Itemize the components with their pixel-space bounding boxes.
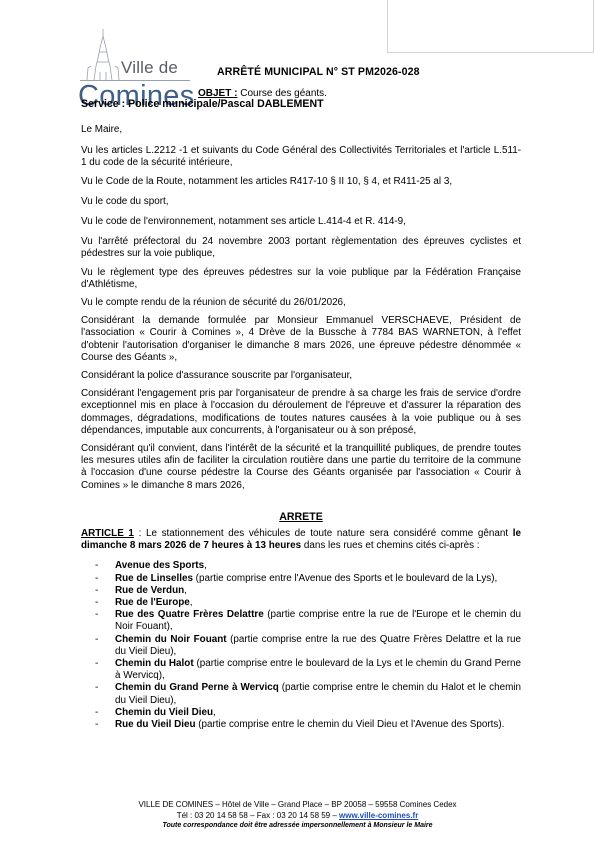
street-name: Chemin du Halot — [115, 658, 194, 669]
street-name: Chemin du Noir Fouant — [115, 634, 227, 645]
street-name: Rue de Verdun — [115, 585, 184, 596]
preamble-paragraph: Vu le code de l'environnement, notamment… — [81, 216, 521, 228]
street-item: -Avenue des Sports, — [81, 560, 521, 572]
street-detail: , — [213, 707, 216, 718]
street-name: Rue de l'Europe — [115, 597, 190, 608]
preamble-paragraph: Vu le compte rendu de la réunion de sécu… — [81, 297, 521, 309]
website-link[interactable]: www.ville-comines.fr — [339, 811, 418, 820]
street-name: Rue du Vieil Dieu — [115, 719, 195, 730]
street-detail: (partie comprise entre le chemin du Viei… — [195, 719, 504, 730]
footer-note: Toute correspondance doit être adressée … — [60, 821, 535, 832]
street-item: -Chemin du Halot (partie comprise entre … — [81, 658, 521, 682]
street-detail: , — [204, 560, 207, 571]
city-logo: Ville de Comines — [78, 28, 193, 108]
dash-bullet-icon: - — [95, 585, 98, 597]
street-name: Rue des Quatre Frères Delattre — [115, 609, 264, 620]
decree-heading: ARRETE — [81, 511, 521, 523]
decree-title: ARRÊTÉ MUNICIPAL N° ST PM2026-028 — [217, 66, 420, 78]
street-name: Rue de Linselles — [115, 573, 193, 584]
preamble-paragraph: Vu le règlement type des épreuves pédest… — [81, 267, 521, 291]
street-detail: , — [190, 597, 193, 608]
footer-phone-fax: Tél : 03 20 14 58 58 – Fax : 03 20 14 58… — [177, 811, 339, 820]
article-1-label: ARTICLE 1 — [81, 528, 134, 539]
preamble: Le Maire, Vu les articles L.2212 -1 et s… — [81, 124, 521, 492]
preamble-paragraph: Vu le code du sport, — [81, 196, 521, 208]
street-item: -Chemin du Noir Fouant (partie comprise … — [81, 634, 521, 658]
dash-bullet-icon: - — [95, 560, 98, 572]
dash-bullet-icon: - — [95, 573, 98, 585]
logo-ville-de: Ville de — [121, 58, 178, 78]
article-1-text: ARTICLE 1 : Le stationnement des véhicul… — [81, 528, 521, 552]
preamble-intro: Le Maire, — [81, 124, 521, 136]
preamble-paragraph: Considérant l'engagement pris par l'orga… — [81, 388, 521, 437]
street-list: -Avenue des Sports,-Rue de Linselles (pa… — [81, 560, 521, 731]
dash-bullet-icon: - — [95, 658, 98, 670]
street-item: -Chemin du Vieil Dieu, — [81, 707, 521, 719]
dash-bullet-icon: - — [95, 609, 98, 621]
preamble-paragraph: Considérant la police d'assurance souscr… — [81, 370, 521, 382]
preamble-paragraph: Vu le Code de la Route, notamment les ar… — [81, 176, 521, 188]
footer: VILLE DE COMINES – Hôtel de Ville – Gran… — [60, 800, 535, 832]
street-item: -Rue du Vieil Dieu (partie comprise entr… — [81, 719, 521, 731]
footer-address: VILLE DE COMINES – Hôtel de Ville – Gran… — [60, 800, 535, 811]
preamble-paragraph: Considérant la demande formulée par Mons… — [81, 315, 521, 364]
church-spire-icon — [83, 28, 123, 82]
dash-bullet-icon: - — [95, 719, 98, 731]
street-name: Avenue des Sports — [115, 560, 204, 571]
street-name: Chemin du Vieil Dieu — [115, 707, 213, 718]
service-line: Service : Police municipale/Pascal DABLE… — [81, 98, 324, 110]
street-item: -Rue des Quatre Frères Delattre (partie … — [81, 609, 521, 633]
street-item: -Rue de l'Europe, — [81, 597, 521, 609]
street-name: Chemin du Grand Perne à Wervicq — [115, 682, 279, 693]
street-detail: (partie comprise entre l'Avenue des Spor… — [193, 573, 497, 584]
dash-bullet-icon: - — [95, 707, 98, 719]
dash-bullet-icon: - — [95, 634, 98, 646]
street-detail: , — [184, 585, 187, 596]
stamp-box — [387, 0, 594, 53]
preamble-paragraph: Vu l'arrêté préfectoral du 24 novembre 2… — [81, 236, 521, 260]
street-item: -Rue de Linselles (partie comprise entre… — [81, 573, 521, 585]
street-item: -Rue de Verdun, — [81, 585, 521, 597]
dash-bullet-icon: - — [95, 597, 98, 609]
preamble-paragraph: Vu les articles L.2212 -1 et suivants du… — [81, 145, 521, 169]
street-item: -Chemin du Grand Perne à Wervicq (partie… — [81, 682, 521, 706]
dash-bullet-icon: - — [95, 682, 98, 694]
footer-contact: Tél : 03 20 14 58 58 – Fax : 03 20 14 58… — [60, 811, 535, 822]
preamble-paragraph: Considérant qu'il convient, dans l'intér… — [81, 443, 521, 492]
article-1: ARTICLE 1 : Le stationnement des véhicul… — [81, 528, 521, 731]
